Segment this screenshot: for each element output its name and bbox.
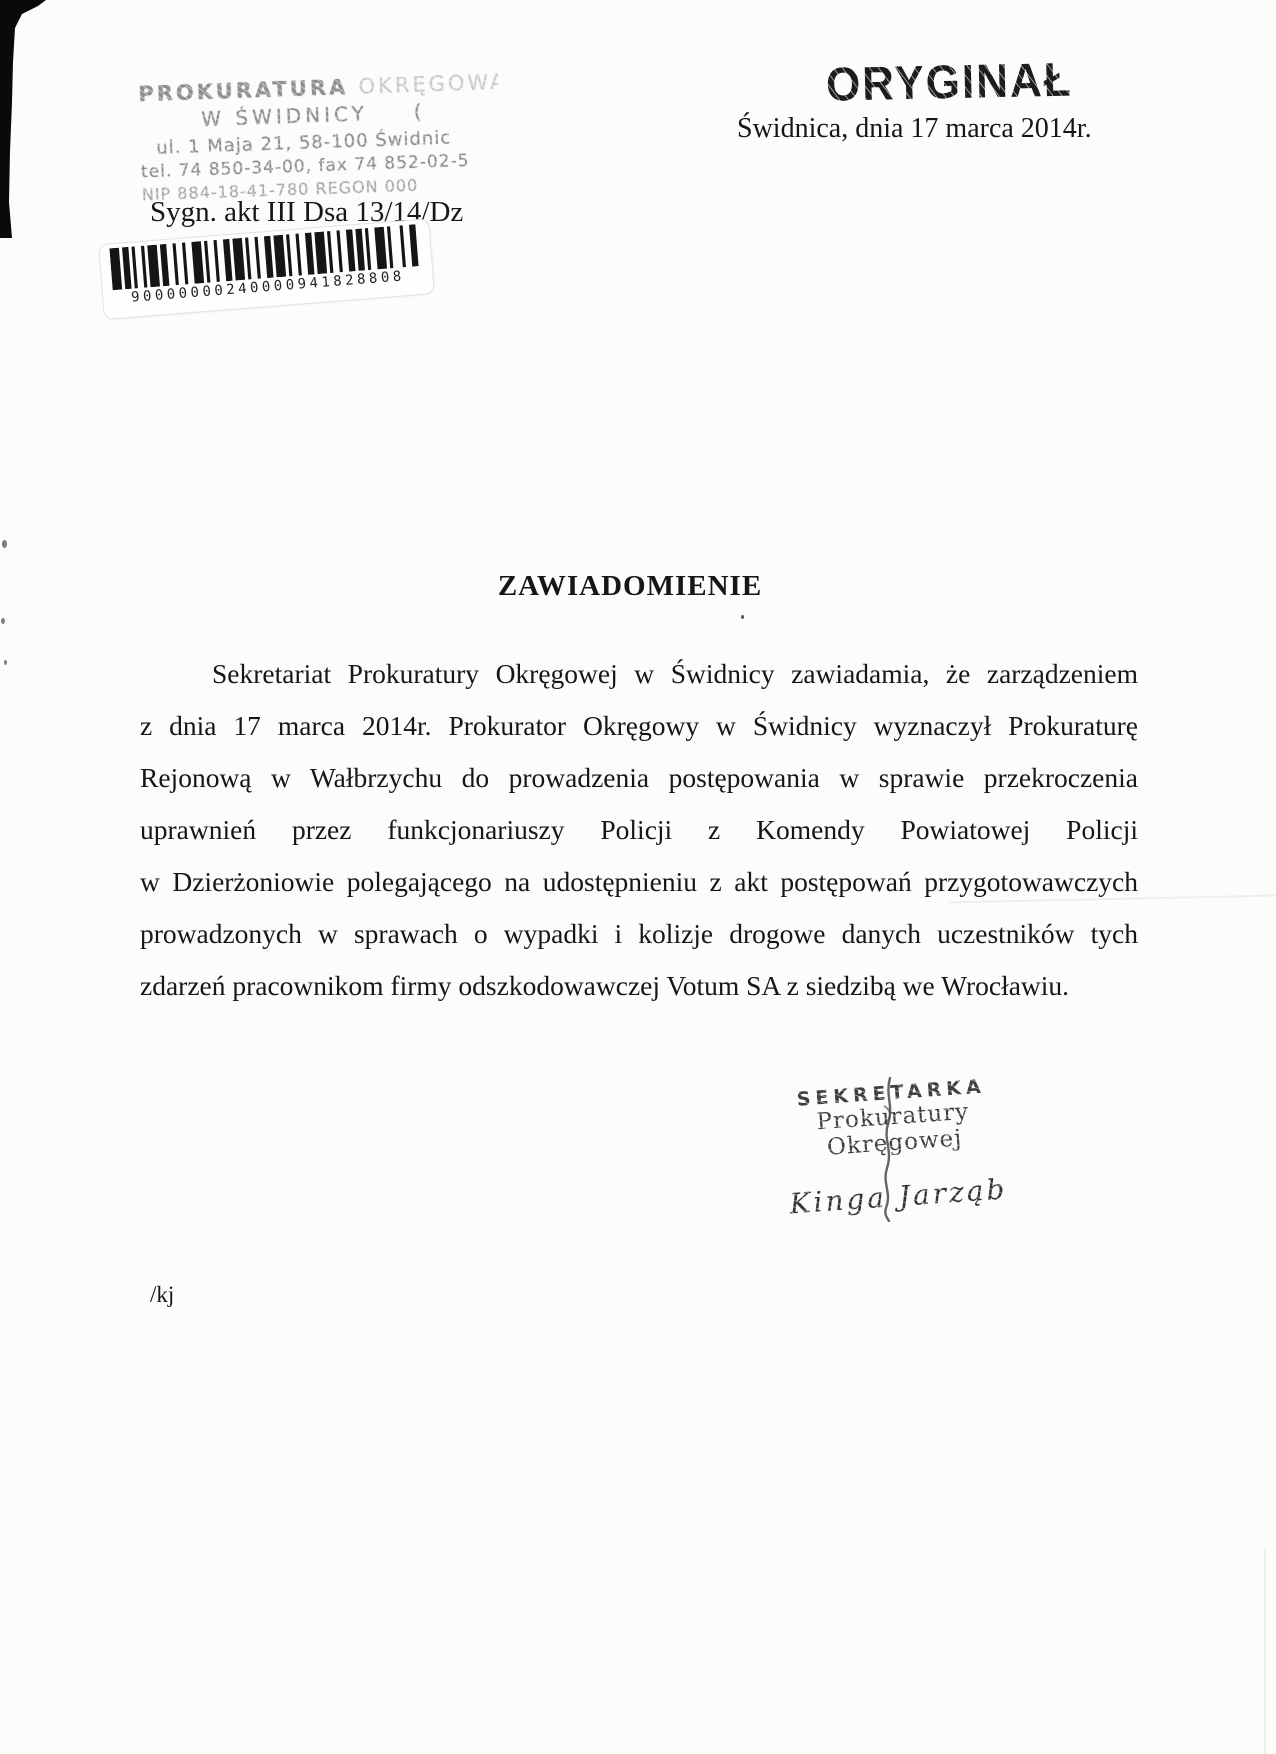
body-line: uprawnień przez funkcjonariuszy Policji … <box>140 804 1138 856</box>
body-line: prowadzonych w sprawach o wypadki i koli… <box>140 908 1138 960</box>
original-rubber-stamp: ORYGINAŁ <box>825 53 1073 112</box>
place-and-date-line: Świdnica, dnia 17 marca 2014r. <box>737 113 1092 145</box>
body-line: z dnia 17 marca 2014r. Prokurator Okręgo… <box>140 700 1138 752</box>
barcode-sticker: 90000000240000941828808 <box>98 218 435 320</box>
scan-speck <box>2 540 7 548</box>
body-line: Rejonową w Wałbrzychu do prowadzenia pos… <box>140 752 1138 804</box>
body-line: w Dzierżoniowie polegającego na udostępn… <box>140 856 1138 908</box>
letter-body: Sekretariat Prokuratury Okręgowej w Świd… <box>140 648 1138 1012</box>
prosecutor-office-address-stamp: PROKURATURA OKRĘGOWA W ŚWIDNICY( ul. 1 M… <box>138 70 502 204</box>
page-edge-shadow <box>1264 1548 1266 1754</box>
scan-dot-artifact <box>741 615 744 619</box>
scan-speck <box>4 660 7 665</box>
typist-initials: /kj <box>150 1282 174 1308</box>
document-title: ZAWIADOMIENIE <box>140 570 1120 603</box>
body-line: zdarzeń pracownikom firmy odszkodowawcze… <box>140 960 1138 1012</box>
scan-speck <box>1 618 5 624</box>
body-line: Sekretariat Prokuratury Okręgowej w Świd… <box>140 648 1138 700</box>
handwritten-signature <box>876 1076 902 1222</box>
scanned-letter-page: PROKURATURA OKRĘGOWA W ŚWIDNICY( ul. 1 M… <box>0 0 1276 1754</box>
scanner-edge-artifact <box>0 0 48 238</box>
